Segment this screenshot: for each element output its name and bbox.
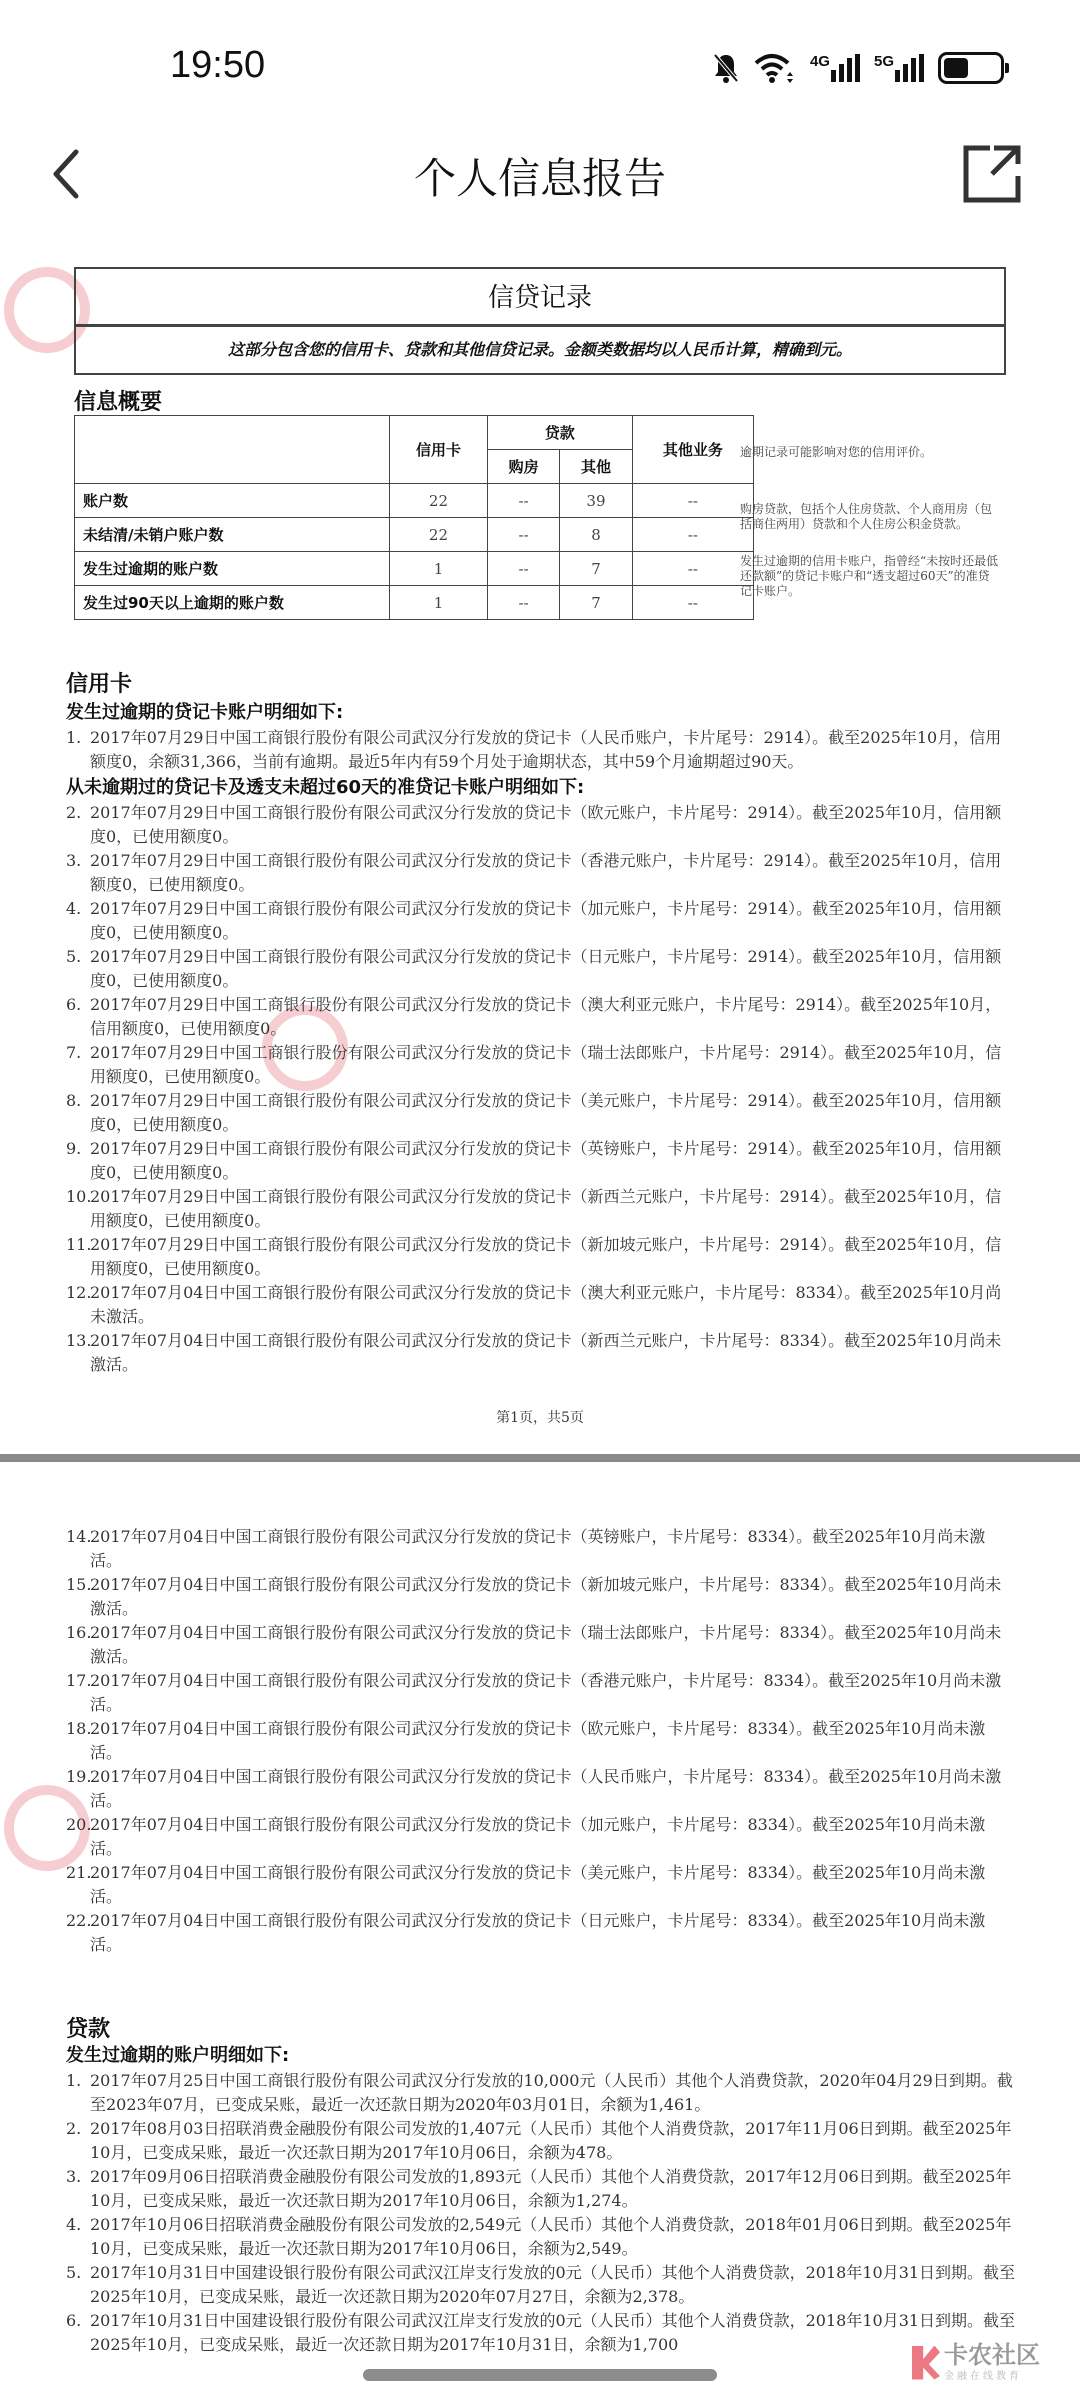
list-item: 13.2017年07月04日中国工商银行股份有限公司武汉分行发放的贷记卡（新西兰… (66, 1329, 1016, 1377)
wifi-icon (754, 52, 796, 84)
list-item: 6.2017年07月29日中国工商银行股份有限公司武汉分行发放的贷记卡（澳大利亚… (66, 993, 1016, 1041)
community-badge[interactable]: 卡农社区 金融在线教育 (912, 2343, 1040, 2382)
list-item: 3.2017年09月06日招联消费金融股份有限公司发放的1,893元（人民币）其… (66, 2165, 1016, 2213)
list-item: 5.2017年07月29日中国工商银行股份有限公司武汉分行发放的贷记卡（日元账户… (66, 945, 1016, 993)
list-item: 6.2017年10月31日中国建设银行股份有限公司武汉江岸支行发放的0元（人民币… (66, 2309, 1016, 2357)
list-item: 14.2017年07月04日中国工商银行股份有限公司武汉分行发放的贷记卡（英镑账… (66, 1525, 1016, 1573)
section-title-box: 信贷记录 这部分包含您的信用卡、贷款和其他信贷记录。金额类数据均以人民币计算，精… (74, 267, 1006, 375)
list-item: 1.2017年07月29日中国工商银行股份有限公司武汉分行发放的贷记卡（人民币账… (66, 726, 1016, 774)
community-logo-icon (912, 2346, 940, 2380)
status-bar: 19:50 4G 5G (0, 0, 1080, 140)
loans-heading: 贷款 (66, 2012, 110, 2043)
summary-table: 信用卡 贷款 其他业务 购房 其他 账户数 22 -- 39 -- 未结清/未销… (74, 415, 754, 620)
header-loan: 贷款 (487, 416, 632, 450)
badge-title: 卡农社区 (944, 2343, 1040, 2367)
battery-icon (938, 52, 1004, 84)
list-item: 18.2017年07月04日中国工商银行股份有限公司武汉分行发放的贷记卡（欧元账… (66, 1717, 1016, 1765)
list-item: 3.2017年07月29日中国工商银行股份有限公司武汉分行发放的贷记卡（香港元账… (66, 849, 1016, 897)
list-item: 12.2017年07月04日中国工商银行股份有限公司武汉分行发放的贷记卡（澳大利… (66, 1281, 1016, 1329)
header-credit-card: 信用卡 (390, 416, 488, 484)
note-housing-loan: 购房贷款，包括个人住房贷款、个人商用房（包括商住两用）贷款和个人住房公积金贷款。 (740, 502, 1000, 532)
list-item: 22.2017年07月04日中国工商银行股份有限公司武汉分行发放的贷记卡（日元账… (66, 1909, 1016, 1957)
section-subtitle: 这部分包含您的信用卡、贷款和其他信贷记录。金额类数据均以人民币计算，精确到元。 (76, 327, 1004, 373)
5g-signal-icon: 5G (874, 54, 924, 82)
summary-notes: 逾期记录可能影响对您的信用评价。 购房贷款，包括个人住房贷款、个人商用房（包括商… (740, 445, 1000, 633)
table-row: 账户数 22 -- 39 -- (75, 484, 754, 518)
list-item: 4.2017年07月29日中国工商银行股份有限公司武汉分行发放的贷记卡（加元账户… (66, 897, 1016, 945)
list-item: 2.2017年07月29日中国工商银行股份有限公司武汉分行发放的贷记卡（欧元账户… (66, 801, 1016, 849)
credit-card-list-page2: 14.2017年07月04日中国工商银行股份有限公司武汉分行发放的贷记卡（英镑账… (66, 1525, 1016, 1957)
list-item: 2.2017年08月03日招联消费金融股份有限公司发放的1,407元（人民币）其… (66, 2117, 1016, 2165)
list-item: 7.2017年07月29日中国工商银行股份有限公司武汉分行发放的贷记卡（瑞士法郎… (66, 1041, 1016, 1089)
summary-heading: 信息概要 (74, 385, 162, 416)
loans-overdue-heading: 发生过逾期的账户明细如下: (66, 2042, 1016, 2069)
status-time: 19:50 (170, 44, 265, 87)
list-item: 17.2017年07月04日中国工商银行股份有限公司武汉分行发放的贷记卡（香港元… (66, 1669, 1016, 1717)
list-item: 21.2017年07月04日中国工商银行股份有限公司武汉分行发放的贷记卡（美元账… (66, 1861, 1016, 1909)
list-item: 10.2017年07月29日中国工商银行股份有限公司武汉分行发放的贷记卡（新西兰… (66, 1185, 1016, 1233)
list-item: 1.2017年07月25日中国工商银行股份有限公司武汉分行发放的10,000元（… (66, 2069, 1016, 2117)
list-item: 19.2017年07月04日中国工商银行股份有限公司武汉分行发放的贷记卡（人民币… (66, 1765, 1016, 1813)
note-overdue: 逾期记录可能影响对您的信用评价。 (740, 445, 1000, 460)
status-icons: 4G 5G (712, 52, 1004, 84)
nav-bar: 个人信息报告 (0, 130, 1080, 220)
section-title: 信贷记录 (76, 269, 1004, 327)
list-item: 8.2017年07月29日中国工商银行股份有限公司武汉分行发放的贷记卡（美元账户… (66, 1089, 1016, 1137)
note-overdue-card: 发生过逾期的信用卡账户，指曾经“未按时还最低还款额”的贷记卡账户和“透支超过60… (740, 554, 1000, 599)
table-row: 发生过90天以上逾期的账户数 1 -- 7 -- (75, 586, 754, 620)
summary-header-blank (75, 416, 390, 484)
bell-muted-icon (712, 52, 740, 84)
header-loan-housing: 购房 (487, 450, 559, 484)
table-row: 发生过逾期的账户数 1 -- 7 -- (75, 552, 754, 586)
header-loan-other: 其他 (560, 450, 632, 484)
normal-card-heading: 从未逾期过的贷记卡及透支未超过60天的准贷记卡账户明细如下: (66, 774, 1016, 801)
page-number: 第1页，共5页 (0, 1407, 1080, 1427)
share-button[interactable] (960, 142, 1024, 206)
list-item: 4.2017年10月06日招联消费金融股份有限公司发放的2,549元（人民币）其… (66, 2213, 1016, 2261)
home-indicator[interactable] (363, 2369, 717, 2381)
credit-card-list-page1: 发生过逾期的贷记卡账户明细如下: 1.2017年07月29日中国工商银行股份有限… (66, 699, 1016, 1377)
credit-card-heading: 信用卡 (66, 667, 132, 698)
list-item: 5.2017年10月31日中国建设银行股份有限公司武汉江岸支行发放的0元（人民币… (66, 2261, 1016, 2309)
loans-list: 发生过逾期的账户明细如下: 1.2017年07月25日中国工商银行股份有限公司武… (66, 2042, 1016, 2357)
page-title: 个人信息报告 (0, 146, 1080, 206)
list-item: 16.2017年07月04日中国工商银行股份有限公司武汉分行发放的贷记卡（瑞士法… (66, 1621, 1016, 1669)
overdue-card-heading: 发生过逾期的贷记卡账户明细如下: (66, 699, 1016, 726)
list-item: 15.2017年07月04日中国工商银行股份有限公司武汉分行发放的贷记卡（新加坡… (66, 1573, 1016, 1621)
badge-subtitle: 金融在线教育 (944, 2367, 1040, 2382)
table-row: 未结清/未销户账户数 22 -- 8 -- (75, 518, 754, 552)
page-separator (0, 1454, 1080, 1462)
list-item: 11.2017年07月29日中国工商银行股份有限公司武汉分行发放的贷记卡（新加坡… (66, 1233, 1016, 1281)
4g-signal-icon: 4G (810, 54, 860, 82)
list-item: 20.2017年07月04日中国工商银行股份有限公司武汉分行发放的贷记卡（加元账… (66, 1813, 1016, 1861)
external-share-icon (960, 142, 1024, 206)
list-item: 9.2017年07月29日中国工商银行股份有限公司武汉分行发放的贷记卡（英镑账户… (66, 1137, 1016, 1185)
header-other-business: 其他业务 (632, 416, 753, 484)
